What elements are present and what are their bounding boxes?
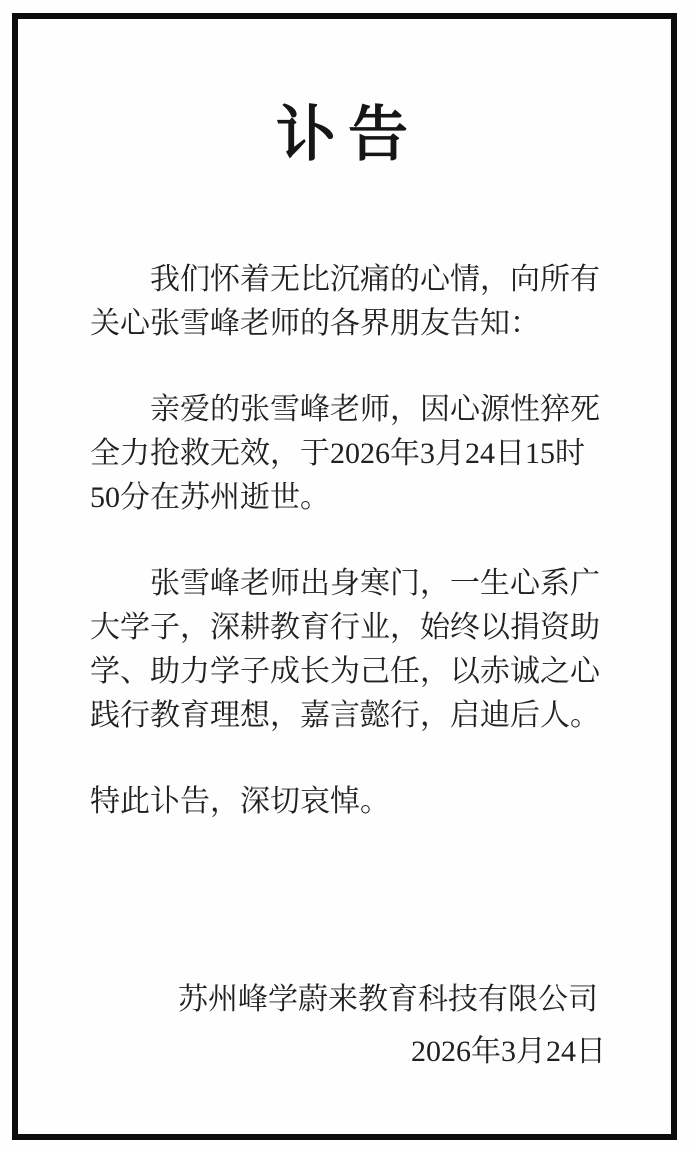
death-announcement-paragraph: 亲爱的张雪峰老师，因心源性猝死全力抢救无效，于2026年3月24日15时50分在… (90, 388, 606, 520)
closing-line: 特此讣告，深切哀悼。 (90, 780, 606, 824)
eulogy-paragraph: 张雪峰老师出身寒门，一生心系广大学子，深耕教育行业，始终以捐资助学、助力学子成长… (90, 562, 606, 738)
notice-content: 讣告 我们怀着无比沉痛的心情，向所有关心张雪峰老师的各界朋友告知： 亲爱的张雪峰… (18, 19, 671, 1134)
obituary-page: 讣告 我们怀着无比沉痛的心情，向所有关心张雪峰老师的各界朋友告知： 亲爱的张雪峰… (0, 0, 690, 1150)
company-signature: 苏州峰学蔚来教育科技有限公司 (90, 978, 606, 1022)
opening-paragraph: 我们怀着无比沉痛的心情，向所有关心张雪峰老师的各界朋友告知： (90, 258, 606, 346)
notice-title: 讣告 (90, 99, 606, 171)
notice-frame: 讣告 我们怀着无比沉痛的心情，向所有关心张雪峰老师的各界朋友告知： 亲爱的张雪峰… (12, 13, 677, 1140)
notice-date: 2026年3月24日 (90, 1030, 606, 1074)
